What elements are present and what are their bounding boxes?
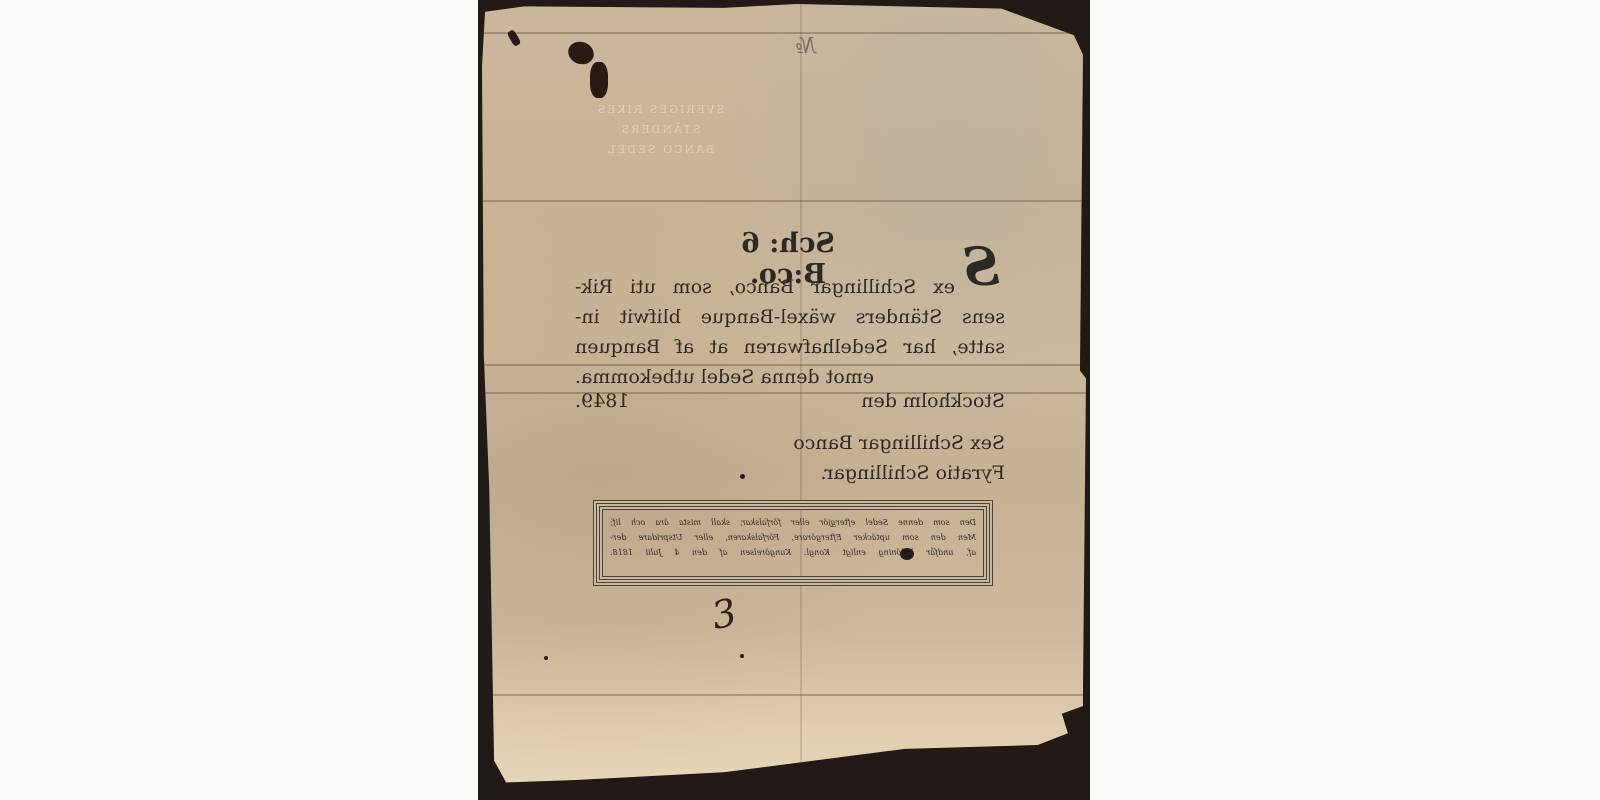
warning-line: Men den som uptäcker Eftergörare, Förfal… (610, 530, 976, 545)
body-line: ex Schillingar Banco, som uti Rik- (575, 272, 1005, 302)
body-line: sens Ständers wäxel-Banque blifwit in- (575, 302, 1005, 332)
warning-line: Den som denne Sedel eftergjör eller förf… (610, 515, 976, 530)
place-date-line: Stockholm den 1849. (575, 390, 1005, 420)
body-line: emot denna Sedel utbekomma. (575, 362, 1005, 392)
counterfeit-warning-box: Den som denne Sedel eftergjör eller förf… (593, 500, 993, 586)
note-body-text: ex Schillingar Banco, som uti Rik- sens … (575, 272, 1005, 392)
body-line: satte, har Sedelhafwaren at af Banquen (575, 332, 1005, 362)
place-text: Stockholm den (861, 390, 1005, 412)
watermark-line: STÄNDERS (570, 120, 750, 140)
ink-speck (740, 654, 744, 658)
ink-stain (590, 62, 608, 98)
fold-line (482, 694, 1086, 696)
year-text: 1849. (575, 390, 629, 412)
watermark-stamp: SVERIGES RIKES STÄNDERS BANCO SEDEL (570, 100, 750, 160)
ink-stain (900, 548, 914, 560)
watermark-line: SVERIGES RIKES (570, 100, 750, 120)
fold-line (482, 200, 1086, 202)
warning-line: af, undfår belöning enligt Kongl. Kungör… (610, 545, 976, 560)
fold-line (482, 32, 1086, 34)
ink-speck (544, 656, 548, 660)
amount-in-words: Sex Schillingar Banco Fyratio Schillinga… (720, 428, 1005, 488)
number-mark: № (795, 34, 816, 59)
watermark-line: BANCO SEDEL (570, 140, 750, 160)
amount-line: Fyratio Schillingar. (720, 458, 1005, 488)
ink-speck (740, 474, 745, 479)
amount-line: Sex Schillingar Banco (720, 428, 1005, 458)
